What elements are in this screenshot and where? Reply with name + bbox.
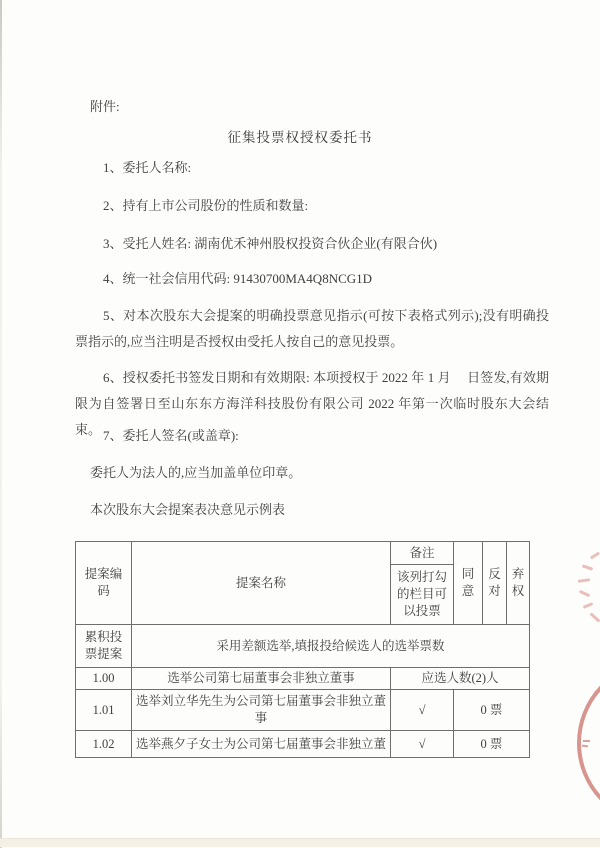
red-seal-fragment-top — [568, 548, 600, 628]
row-code: 1.01 — [76, 690, 132, 731]
scan-bottom-edge — [0, 838, 600, 847]
clause-5-voting-instruction: 5、对本次股东大会提案的明确投票意见指示(可按下表格式列示);没有明确投票指示的… — [75, 303, 549, 355]
page-title: 征集投票权授权委托书 — [0, 125, 600, 151]
vote-example-table: 提案编码 提案名称 备注 同意 反对 弃权 该列打勾的栏目可以投票 累积投票提案… — [75, 541, 530, 758]
row-checkmark: √ — [391, 690, 454, 731]
scanned-document-page: 附件: 征集投票权授权委托书 1、委托人名称: 2、持有上市公司股份的性质和数量… — [0, 0, 600, 848]
col-header-proposal-name: 提案名称 — [132, 542, 391, 625]
clause-1-principal-name: 1、委托人名称: — [75, 155, 549, 181]
col-header-abstain: 弃权 — [507, 542, 530, 625]
col-header-proposal-code: 提案编码 — [76, 542, 132, 625]
row-name: 采用差额选举,填报投给候选人的选举票数 — [132, 625, 530, 668]
legal-person-note: 委托人为法人的,应当加盖单位印章。 — [90, 460, 301, 486]
table-row-1-00: 1.00 选举公司第七届董事会非独立董事 应选人数(2)人 — [76, 668, 530, 690]
clause-4-credit-code: 4、统一社会信用代码: 91430700MA4Q8NCG1D — [75, 266, 549, 292]
clause-3-trustee-name: 3、受托人姓名: 湖南优禾神州股权投资合伙企业(有限合伙) — [75, 231, 549, 257]
attachment-label: 附件: — [90, 94, 120, 120]
row-name: 选举公司第七届董事会非独立董事 — [132, 668, 391, 690]
col-header-agree: 同意 — [454, 542, 483, 625]
table-row-1-01: 1.01 选举刘立华先生为公司第七届董事会非独立董事 √ 0 票 — [76, 690, 530, 731]
row-code: 累积投票提案 — [76, 625, 132, 668]
clause-7-signature: 7、委托人签名(或盖章): — [75, 423, 549, 449]
row-note: 应选人数(2)人 — [391, 668, 530, 690]
row-checkmark: √ — [391, 731, 454, 758]
table-header-row-1: 提案编码 提案名称 备注 同意 反对 弃权 — [76, 542, 530, 565]
col-header-remark: 备注 — [391, 542, 454, 565]
clause-2-share-nature: 2、持有上市公司股份的性质和数量: — [75, 193, 549, 219]
col-header-remark-sub: 该列打勾的栏目可以投票 — [391, 565, 454, 625]
row-name: 选举刘立华先生为公司第七届董事会非独立董事 — [132, 690, 391, 731]
row-votes: 0 票 — [454, 731, 530, 758]
table-caption: 本次股东大会提案表决意见示例表 — [90, 497, 285, 523]
col-header-oppose: 反对 — [483, 542, 507, 625]
row-code: 1.02 — [76, 731, 132, 758]
red-seal-marks — [581, 738, 595, 750]
table-row-1-02: 1.02 选举燕夕子女士为公司第七届董事会非独立董 √ 0 票 — [76, 731, 530, 758]
row-votes: 0 票 — [454, 690, 530, 731]
row-name: 选举燕夕子女士为公司第七届董事会非独立董 — [132, 731, 391, 758]
table-row-cumulative: 累积投票提案 采用差额选举,填报投给候选人的选举票数 — [76, 625, 530, 668]
row-code: 1.00 — [76, 668, 132, 690]
